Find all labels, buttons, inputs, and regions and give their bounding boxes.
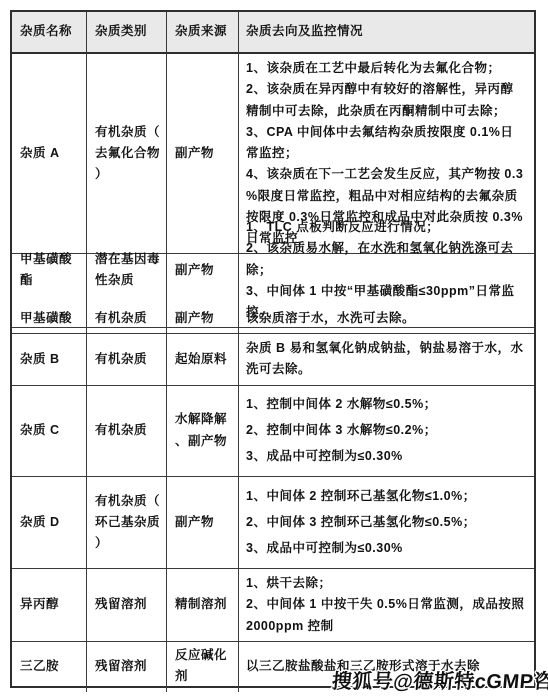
impurity-category: 有机杂质 bbox=[95, 349, 161, 370]
detail-line: 2、中间体 1 中按干失 0.5%日常监测，成品按照 2000ppm 控制 bbox=[246, 594, 526, 637]
table-row: 杂质 A有机杂质（去氟化合物）副产物1、该杂质在工艺中最后转化为去氟化合物；2、… bbox=[12, 54, 534, 213]
impurity-source-cell: 副产物 bbox=[167, 304, 239, 334]
detail-line: 3、CPA 中间体中去氟结构杂质按限度 0.1%日常监控； bbox=[246, 122, 526, 165]
impurity-source-cell: 反应碱化剂 bbox=[167, 641, 239, 692]
impurity-name: 三乙胺 bbox=[20, 656, 81, 677]
column-header-impurity-category: 杂质类别 bbox=[87, 12, 167, 54]
impurity-source-cell: 起始原料 bbox=[167, 334, 239, 386]
impurity-source: 副产物 bbox=[175, 308, 233, 329]
detail-line: 杂质 B 易和氢氧化钠成钠盐，钠盐易溶于水，水洗可去除。 bbox=[246, 338, 526, 381]
detail-line: 1、控制中间体 2 水解物≤0.5%； bbox=[246, 394, 526, 415]
detail-line: 2、中间体 3 控制环己基氢化物≤0.5%； bbox=[246, 512, 526, 533]
column-header-label: 杂质来源 bbox=[175, 21, 233, 42]
impurity-name-cell: 杂质 D bbox=[12, 477, 87, 569]
impurity-source: 精制溶剂 bbox=[175, 594, 233, 615]
impurity-name: 杂质 B bbox=[20, 349, 81, 370]
detail-line: 1、该杂质在工艺中最后转化为去氟化合物； bbox=[246, 58, 526, 79]
impurity-name: 杂质 D bbox=[20, 512, 81, 533]
impurity-category: 有机杂质 bbox=[95, 308, 161, 329]
impurity-source: 副产物 bbox=[175, 260, 233, 281]
table-row: 甲基磺酸酯潜在基因毒性杂质副产物1、TLC 点板判断反应进行情况；2、该杂质易水… bbox=[12, 213, 534, 304]
monitoring-details-cell: 杂质 B 易和氢氧化钠成钠盐，钠盐易溶于水，水洗可去除。 bbox=[239, 334, 534, 386]
monitoring-details-cell: 该杂质溶于水，水洗可去除。 bbox=[239, 304, 534, 334]
impurity-name-cell: 杂质 B bbox=[12, 334, 87, 386]
detail-line: 2、控制中间体 3 水解物≤0.2%； bbox=[246, 420, 526, 441]
document-page: 杂质名称 杂质类别 杂质来源 杂质去向及监控情况 杂质 A有机杂质（去氟化合物）… bbox=[0, 0, 548, 696]
impurity-category: 有机杂质（去氟化合物） bbox=[95, 122, 161, 186]
impurity-name-cell: 异丙醇 bbox=[12, 569, 87, 642]
impurity-category: 有机杂质 bbox=[95, 420, 161, 441]
watermark: 搜狐号@德斯特cGMP咨询 bbox=[331, 665, 548, 694]
impurity-name: 杂质 C bbox=[20, 420, 81, 441]
impurity-category-cell: 残留溶剂 bbox=[87, 569, 167, 642]
detail-line: 2、该杂质在异丙醇中有较好的溶解性，异丙醇精制中可去除，此杂质在丙酮精制中可去除… bbox=[246, 79, 526, 122]
detail-line: 3、成品中可控制为≤0.30% bbox=[246, 446, 526, 467]
column-header-label: 杂质类别 bbox=[95, 21, 161, 42]
table-body: 杂质 A有机杂质（去氟化合物）副产物1、该杂质在工艺中最后转化为去氟化合物；2、… bbox=[12, 54, 534, 686]
table-row: 杂质 B有机杂质起始原料杂质 B 易和氢氧化钠成钠盐，钠盐易溶于水，水洗可去除。 bbox=[12, 334, 534, 385]
impurity-source-cell: 水解降解、副产物 bbox=[167, 385, 239, 477]
impurity-category-cell: 有机杂质（环己基杂质） bbox=[87, 477, 167, 569]
impurity-source: 起始原料 bbox=[175, 349, 233, 370]
impurity-name-cell: 甲基磺酸 bbox=[12, 304, 87, 334]
column-header-impurity-source: 杂质来源 bbox=[167, 12, 239, 54]
impurity-name: 甲基磺酸酯 bbox=[20, 249, 81, 292]
impurity-source: 副产物 bbox=[175, 143, 233, 164]
impurity-category-cell: 有机杂质 bbox=[87, 304, 167, 334]
impurity-name: 甲基磺酸 bbox=[20, 308, 81, 329]
impurity-source: 反应碱化剂 bbox=[175, 645, 233, 688]
table-header-row: 杂质名称 杂质类别 杂质来源 杂质去向及监控情况 bbox=[12, 12, 534, 54]
monitoring-details-cell: 1、控制中间体 2 水解物≤0.5%；2、控制中间体 3 水解物≤0.2%；3、… bbox=[239, 385, 534, 477]
impurity-category-cell: 有机杂质 bbox=[87, 334, 167, 386]
impurity-category: 残留溶剂 bbox=[95, 594, 161, 615]
impurity-name: 杂质 A bbox=[20, 143, 81, 164]
detail-line: 3、成品中可控制为≤0.30% bbox=[246, 538, 526, 559]
detail-line: 1、TLC 点板判断反应进行情况； bbox=[246, 217, 526, 238]
impurity-table: 杂质名称 杂质类别 杂质来源 杂质去向及监控情况 杂质 A有机杂质（去氟化合物）… bbox=[10, 10, 536, 688]
impurity-source-cell: 精制溶剂 bbox=[167, 569, 239, 642]
column-header-monitoring: 杂质去向及监控情况 bbox=[239, 12, 534, 54]
table-row: 杂质 C有机杂质水解降解、副产物1、控制中间体 2 水解物≤0.5%；2、控制中… bbox=[12, 385, 534, 477]
detail-line: 1、中间体 2 控制环己基氢化物≤1.0%； bbox=[246, 486, 526, 507]
detail-line: 该杂质溶于水，水洗可去除。 bbox=[246, 308, 526, 329]
impurity-source-cell: 副产物 bbox=[167, 477, 239, 569]
column-header-impurity-name: 杂质名称 bbox=[12, 12, 87, 54]
detail-line: 2、该杂质易水解，在水洗和氢氧化钠洗涤可去除； bbox=[246, 238, 526, 281]
impurity-category: 有机杂质（环己基杂质） bbox=[95, 491, 161, 555]
table-row: 杂质 D有机杂质（环己基杂质）副产物1、中间体 2 控制环己基氢化物≤1.0%；… bbox=[12, 477, 534, 569]
detail-line: 1、烘干去除； bbox=[246, 573, 526, 594]
impurity-source: 水解降解、副产物 bbox=[175, 409, 233, 452]
impurity-name: 异丙醇 bbox=[20, 594, 81, 615]
impurity-source: 副产物 bbox=[175, 512, 233, 533]
table-row: 甲基磺酸有机杂质副产物该杂质溶于水，水洗可去除。 bbox=[12, 304, 534, 334]
impurity-name-cell: 杂质 C bbox=[12, 385, 87, 477]
table-row: 异丙醇残留溶剂精制溶剂1、烘干去除；2、中间体 1 中按干失 0.5%日常监测，… bbox=[12, 569, 534, 641]
monitoring-details-cell: 1、中间体 2 控制环己基氢化物≤1.0%；2、中间体 3 控制环己基氢化物≤0… bbox=[239, 477, 534, 569]
impurity-name-cell: 三乙胺 bbox=[12, 641, 87, 692]
column-header-label: 杂质名称 bbox=[20, 21, 81, 42]
impurity-category: 潜在基因毒性杂质 bbox=[95, 249, 161, 292]
impurity-category: 残留溶剂 bbox=[95, 656, 161, 677]
impurity-category-cell: 有机杂质 bbox=[87, 385, 167, 477]
column-header-label: 杂质去向及监控情况 bbox=[246, 21, 526, 42]
impurity-category-cell: 残留溶剂 bbox=[87, 641, 167, 692]
monitoring-details-cell: 1、烘干去除；2、中间体 1 中按干失 0.5%日常监测，成品按照 2000pp… bbox=[239, 569, 534, 642]
